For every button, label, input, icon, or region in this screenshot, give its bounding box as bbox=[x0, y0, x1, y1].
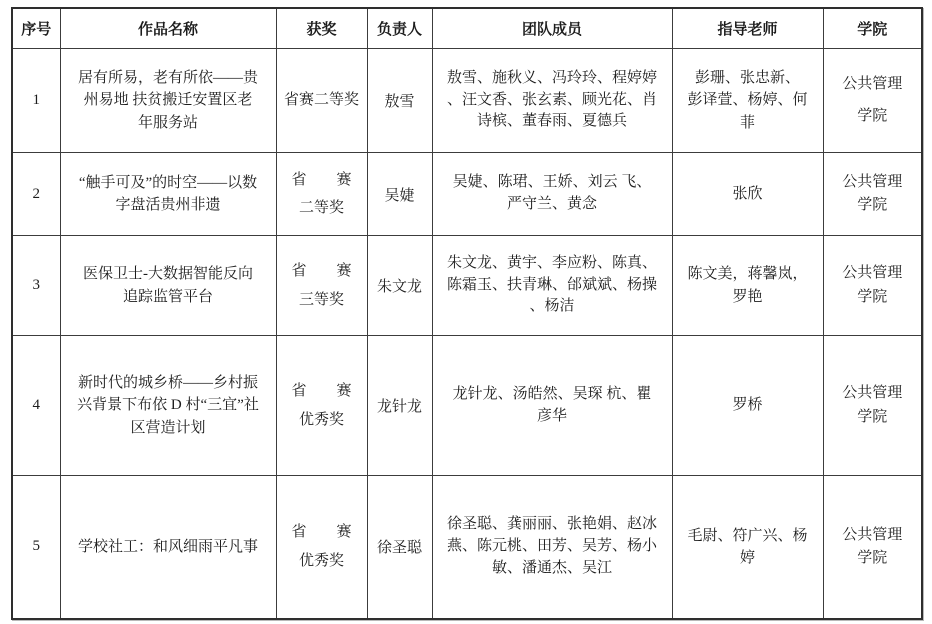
header-college: 学院 bbox=[823, 8, 922, 49]
cell-index: 2 bbox=[12, 153, 60, 236]
cell-title: 医保卫士-大数据智能反向追踪监管平台 bbox=[60, 236, 276, 336]
cell-award: 省 赛 优秀奖 bbox=[276, 336, 367, 476]
cell-leader: 龙针龙 bbox=[367, 336, 432, 476]
header-leader: 负责人 bbox=[367, 8, 432, 49]
cell-advisors: 彭珊、张忠新、 彭译萱、杨婷、何菲 bbox=[672, 49, 823, 153]
header-award: 获奖 bbox=[276, 8, 367, 49]
table-row: 1 居有所易，老有所依——贵州易地 扶贫搬迁安置区老年服务站 省赛二等奖 敖雪 … bbox=[12, 49, 922, 153]
cell-college: 公共管理 学院 bbox=[823, 336, 922, 476]
cell-college: 公共管理 学院 bbox=[823, 476, 922, 619]
cell-leader: 敖雪 bbox=[367, 49, 432, 153]
cell-college: 公共管理 学院 bbox=[823, 49, 922, 153]
table-header-row: 序号 作品名称 获奖 负责人 团队成员 指导老师 学院 bbox=[12, 8, 922, 49]
header-title: 作品名称 bbox=[60, 8, 276, 49]
cell-members: 龙针龙、汤皓然、吴琛 杭、瞿彦华 bbox=[432, 336, 672, 476]
cell-title: 学校社工：和风细雨平凡事 bbox=[60, 476, 276, 619]
award-table: 序号 作品名称 获奖 负责人 团队成员 指导老师 学院 1 居有所易，老有所依—… bbox=[11, 7, 923, 620]
table-row: 4 新时代的城乡桥——乡村振兴背景下布依 D 村“三宜”社区营造计划 省 赛 优… bbox=[12, 336, 922, 476]
cell-advisors: 陈文美，蒋馨岚，罗艳 bbox=[672, 236, 823, 336]
cell-members: 朱文龙、黄宇、李应粉、陈真、陈霜玉、扶青琳、邰斌斌、杨操、杨洁 bbox=[432, 236, 672, 336]
cell-advisors: 张欣 bbox=[672, 153, 823, 236]
cell-award: 省 赛 三等奖 bbox=[276, 236, 367, 336]
cell-award: 省赛二等奖 bbox=[276, 49, 367, 153]
cell-leader: 朱文龙 bbox=[367, 236, 432, 336]
cell-index: 1 bbox=[12, 49, 60, 153]
cell-members: 吴婕、陈珺、王娇、刘云 飞、严守兰、黄念 bbox=[432, 153, 672, 236]
table-row: 2 “触手可及”的时空——以数字盘活贵州非遗 省 赛 二等奖 吴婕 吴婕、陈珺、… bbox=[12, 153, 922, 236]
cell-leader: 徐圣聪 bbox=[367, 476, 432, 619]
table-row: 3 医保卫士-大数据智能反向追踪监管平台 省 赛 三等奖 朱文龙 朱文龙、黄宇、… bbox=[12, 236, 922, 336]
cell-index: 3 bbox=[12, 236, 60, 336]
header-advisors: 指导老师 bbox=[672, 8, 823, 49]
cell-advisors: 毛尉、符广兴、杨婷 bbox=[672, 476, 823, 619]
header-members: 团队成员 bbox=[432, 8, 672, 49]
cell-title: 居有所易，老有所依——贵州易地 扶贫搬迁安置区老年服务站 bbox=[60, 49, 276, 153]
cell-leader: 吴婕 bbox=[367, 153, 432, 236]
award-table-sheet: 序号 作品名称 获奖 负责人 团队成员 指导老师 学院 1 居有所易，老有所依—… bbox=[11, 7, 923, 620]
table-row: 5 学校社工：和风细雨平凡事 省 赛 优秀奖 徐圣聪 徐圣聪、龚丽丽、张艳娟、赵… bbox=[12, 476, 922, 619]
cell-members: 敖雪、施秋义、冯玲玲、程婷婷、汪文香、张玄素、顾光花、肖诗槟、董春雨、夏德兵 bbox=[432, 49, 672, 153]
cell-title: “触手可及”的时空——以数字盘活贵州非遗 bbox=[60, 153, 276, 236]
cell-award: 省 赛 优秀奖 bbox=[276, 476, 367, 619]
cell-index: 4 bbox=[12, 336, 60, 476]
cell-members: 徐圣聪、龚丽丽、张艳娟、赵冰燕、陈元桃、田芳、吴芳、杨小敏、潘通杰、吴江 bbox=[432, 476, 672, 619]
cell-college: 公共管理 学院 bbox=[823, 236, 922, 336]
cell-award: 省 赛 二等奖 bbox=[276, 153, 367, 236]
header-index: 序号 bbox=[12, 8, 60, 49]
cell-college: 公共管理 学院 bbox=[823, 153, 922, 236]
cell-index: 5 bbox=[12, 476, 60, 619]
cell-advisors: 罗桥 bbox=[672, 336, 823, 476]
table-body: 1 居有所易，老有所依——贵州易地 扶贫搬迁安置区老年服务站 省赛二等奖 敖雪 … bbox=[12, 49, 922, 619]
cell-title: 新时代的城乡桥——乡村振兴背景下布依 D 村“三宜”社区营造计划 bbox=[60, 336, 276, 476]
